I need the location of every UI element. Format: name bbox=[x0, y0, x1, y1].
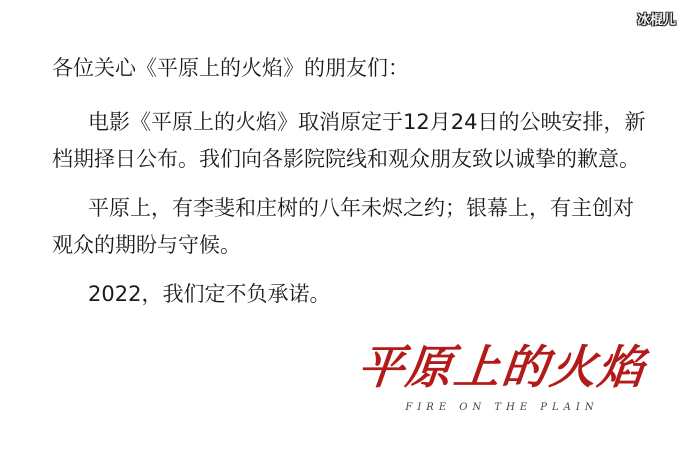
paragraph-closing: 2022，我们定不负承诺。 bbox=[52, 276, 652, 313]
greeting: 各位关心《平原上的火焰》的朋友们： bbox=[52, 52, 652, 84]
paragraph-cancellation: 电影《平原上的火焰》取消原定于12月24日的公映安排，新档期择日公布。我们向各影… bbox=[52, 104, 652, 178]
film-title-en: FIRE ON THE PLAIN bbox=[357, 402, 647, 413]
paragraph-promise: 平原上，有李斐和庄树的八年未烬之约；银幕上，有主创对观众的期盼与守候。 bbox=[52, 190, 652, 264]
letter: 各位关心《平原上的火焰》的朋友们： 电影《平原上的火焰》取消原定于12月24日的… bbox=[52, 52, 652, 325]
watermark: 冰棍儿 bbox=[637, 9, 676, 28]
film-logo: 平原上的火焰 FIRE ON THE PLAIN bbox=[357, 340, 647, 413]
film-title-cn: 平原上的火焰 bbox=[354, 340, 650, 394]
